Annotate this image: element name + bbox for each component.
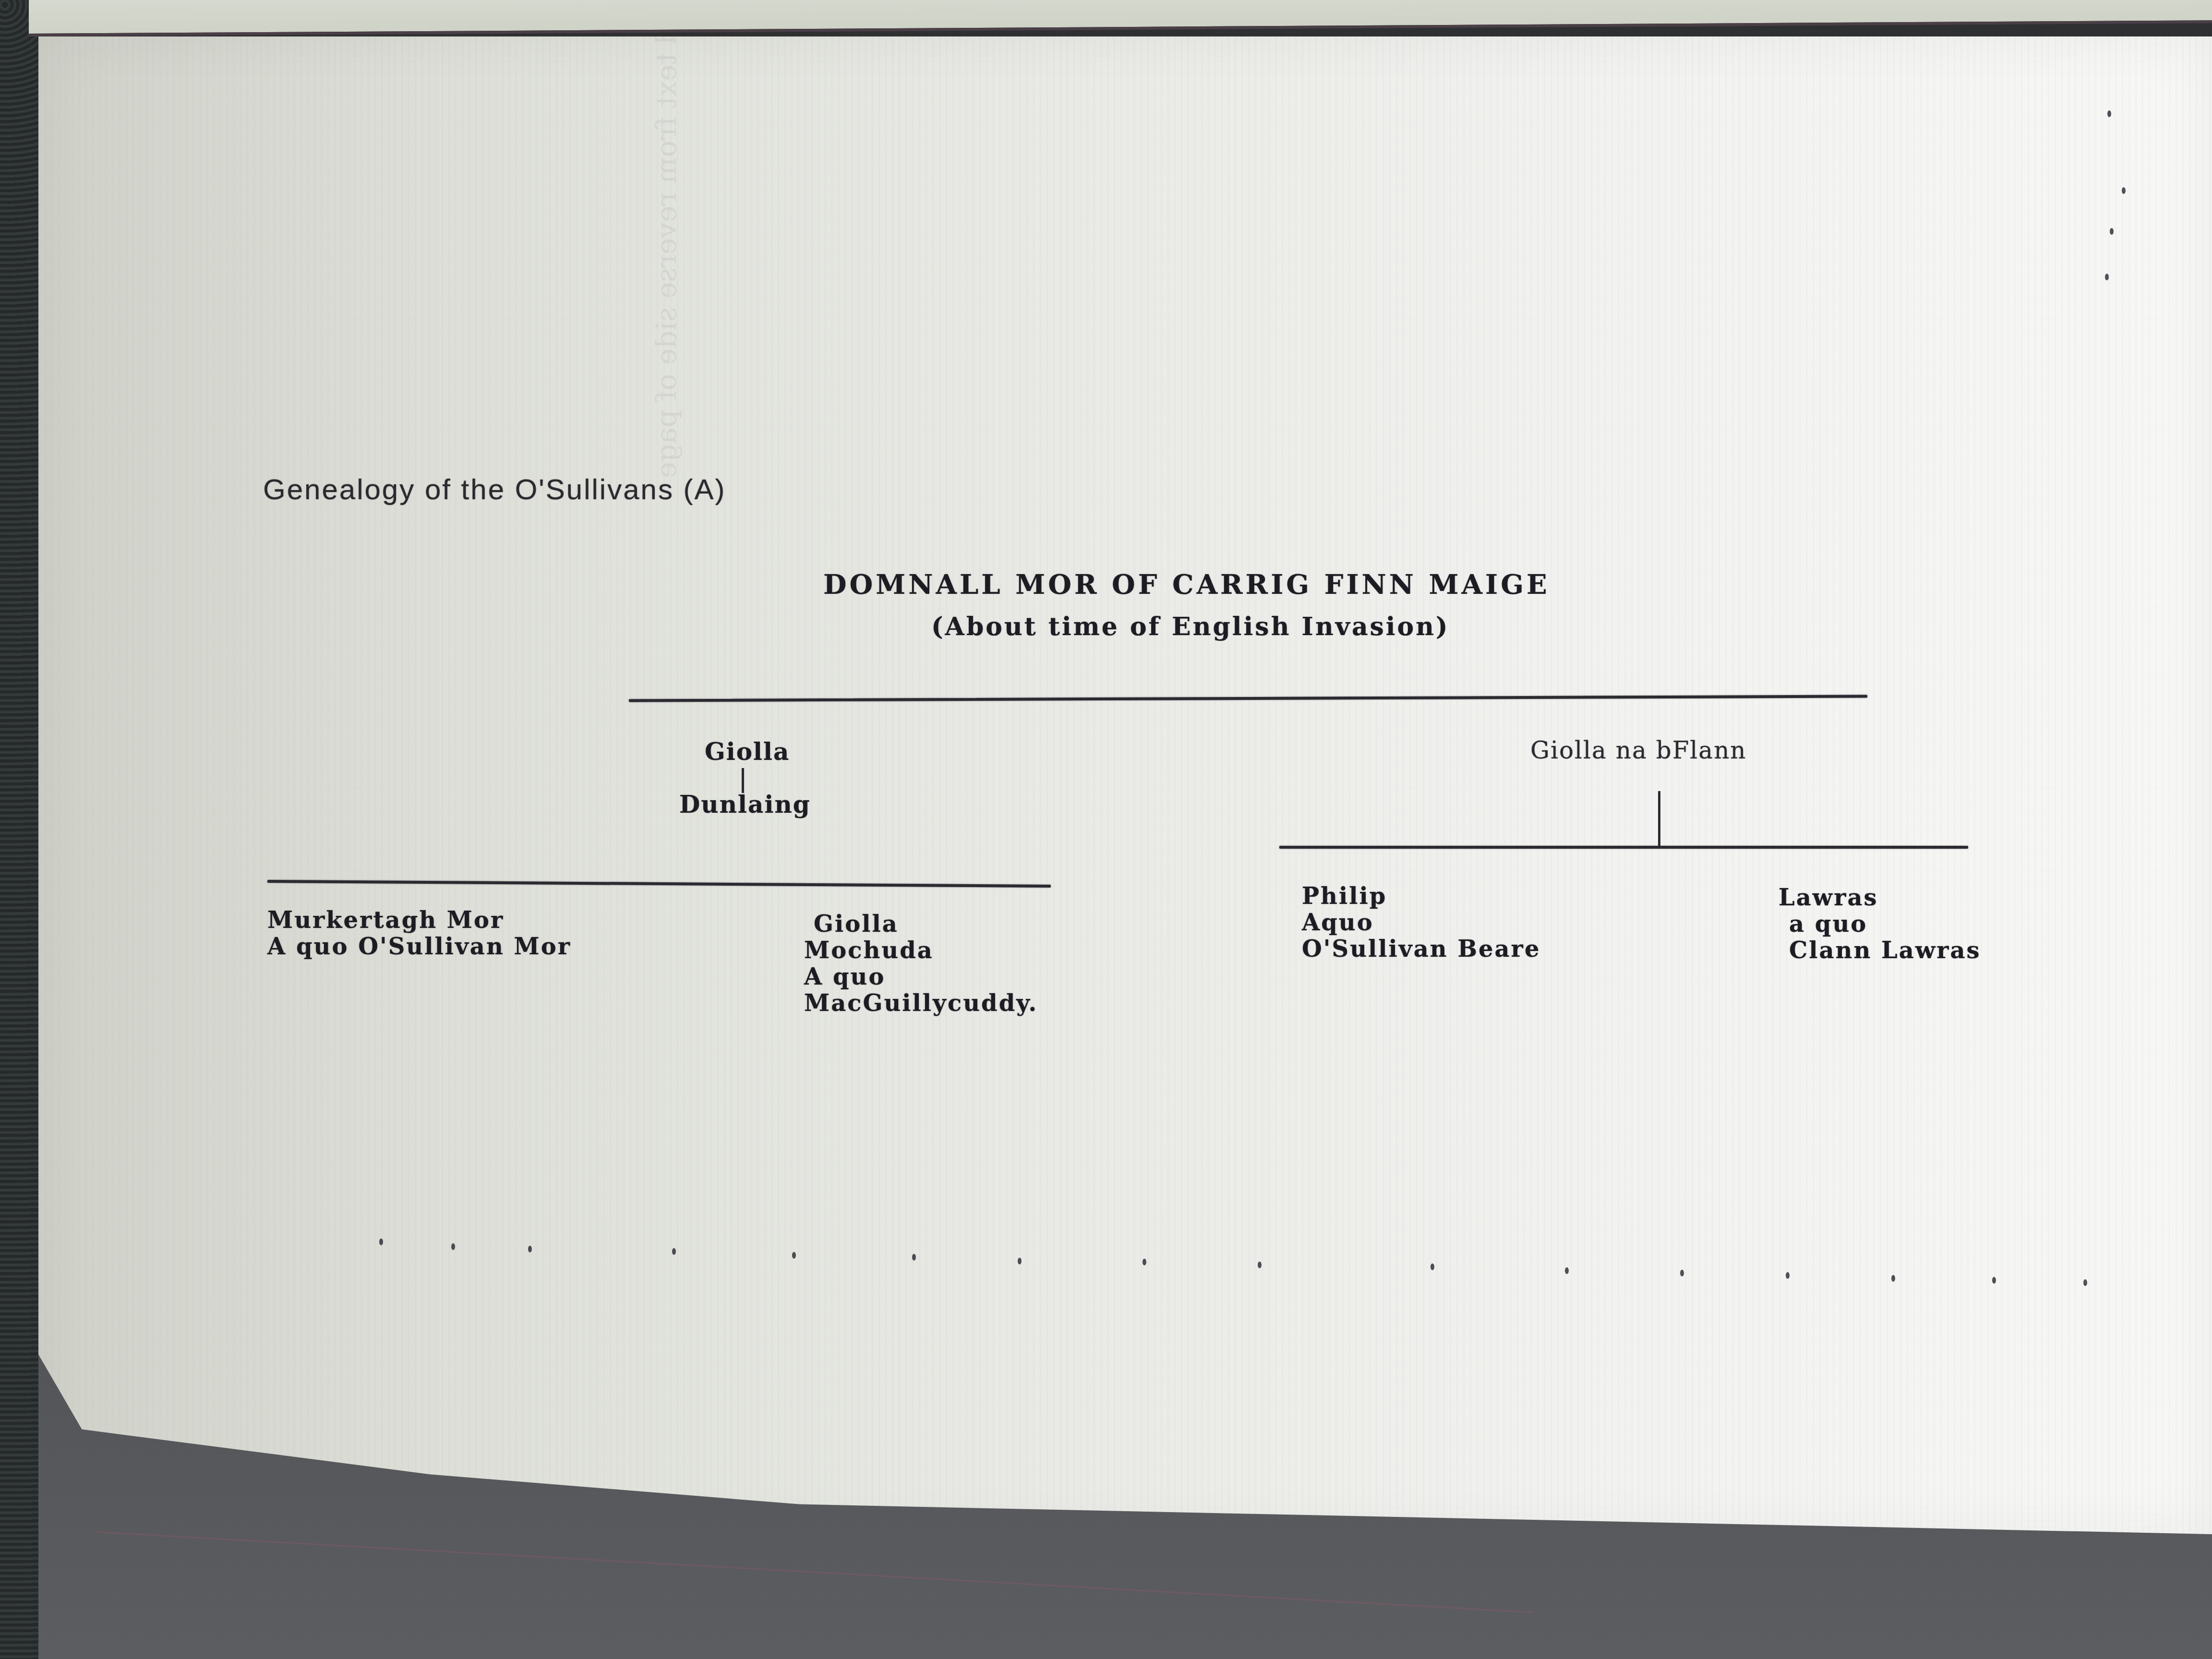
ink-speck [2110, 228, 2114, 235]
ink-speck [912, 1254, 916, 1261]
node-line: MacGuillycuddy. [804, 990, 1038, 1017]
tree-node-philip: Philip Aquo O'Sullivan Beare [1302, 883, 1540, 962]
ink-speck [1680, 1270, 1684, 1276]
page-behind-edge [29, 0, 2212, 36]
node-line: Giolla [804, 911, 1038, 938]
document-page: faint mirrored text from reverse side of… [38, 36, 2212, 1534]
ink-speck [379, 1238, 383, 1245]
ink-speck [1786, 1272, 1790, 1279]
book-cover-edge [0, 0, 38, 1659]
node-line: Lawras [1779, 885, 1981, 911]
ink-speck [1018, 1258, 1022, 1264]
tree-node-murkertagh-mor: Murkertagh Mor A quo O'Sullivan Mor [267, 907, 571, 960]
ink-speck [1565, 1267, 1569, 1274]
tree-node-giolla-mochuda: Giolla Mochuda A quo MacGuillycuddy. [804, 911, 1038, 1017]
ink-speck [451, 1243, 455, 1250]
page-title: Genealogy of the O'Sullivans (A) [263, 473, 726, 506]
ink-speck [1142, 1259, 1146, 1265]
photo-scene: faint mirrored text from reverse side of… [0, 0, 2212, 1659]
tree-node-giolla: Giolla [705, 738, 790, 765]
node-line: Aquo [1302, 910, 1540, 936]
tree-connector-giolla-na-bflann-children [1279, 846, 1968, 849]
tree-connector-giolla-na-bflann [1658, 791, 1660, 846]
node-line: A quo O'Sullivan Mor [267, 934, 571, 960]
ink-speck [2107, 110, 2111, 117]
tree-node-dunlaing: Dunlaing [679, 791, 811, 818]
ink-speck [1992, 1277, 1996, 1284]
node-line: a quo [1779, 911, 1981, 938]
ink-speck [1431, 1263, 1434, 1270]
ink-speck [1891, 1275, 1895, 1282]
page-curl-shadow [96, 1531, 1534, 1613]
node-line: Mochuda [804, 938, 1038, 964]
root-ancestor-name: DOMNALL MOR OF CARRIG FINN MAIGE [823, 569, 1550, 601]
node-line: Clann Lawras [1779, 938, 1981, 964]
ink-speck [2122, 187, 2126, 194]
node-line: A quo [804, 964, 1038, 990]
ink-speck [672, 1248, 676, 1255]
tree-connector-giolla-dunlaing [742, 768, 744, 793]
ink-speck [528, 1246, 532, 1252]
ink-speck [2105, 274, 2109, 280]
ink-speck [792, 1252, 796, 1259]
ink-speck [1258, 1262, 1262, 1268]
ink-speck [2083, 1279, 2087, 1286]
node-line: Murkertagh Mor [267, 907, 571, 934]
node-line: O'Sullivan Beare [1302, 936, 1540, 962]
tree-node-giolla-na-bflann: Giolla na bFlann [1530, 737, 1747, 764]
tree-node-lawras: Lawras a quo Clann Lawras [1779, 885, 1981, 964]
root-ancestor-note: (About time of English Invasion) [931, 612, 1450, 641]
node-line: Philip [1302, 883, 1540, 910]
